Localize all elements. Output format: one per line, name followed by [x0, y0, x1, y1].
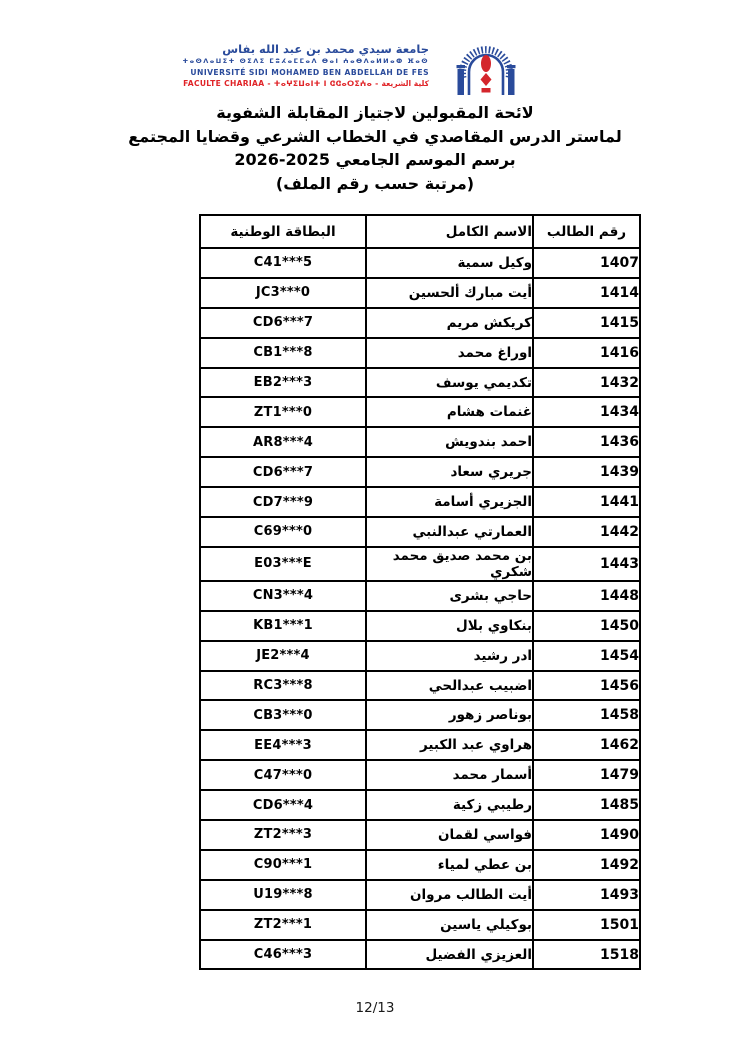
student-number-cell: 1479 [533, 760, 640, 790]
university-name-french: UNIVERSITÉ SIDI MOHAMED BEN ABDELLAH DE … [182, 67, 429, 78]
university-name-arabic: جامعة سيدي محمد بن عبد الله بفاس [182, 42, 429, 56]
student-number-cell: 1518 [533, 940, 640, 970]
student-number-cell: 1434 [533, 397, 640, 427]
student-number-cell: 1432 [533, 368, 640, 398]
student-name-cell: بوكيلي ياسين [366, 910, 533, 940]
national-id-cell: C41***5 [200, 248, 366, 278]
table-header: البطاقة الوطنية الاسم الكامل رقم الطالب [200, 215, 640, 248]
table-row: CD6***7 كريكش مريم 1415 [200, 308, 640, 338]
table-row: C69***0 العمارتي عبدالنبي 1442 [200, 517, 640, 547]
student-number-cell: 1441 [533, 487, 640, 517]
title-line-3-years: 2026-2025 [234, 150, 330, 169]
table-row: EE4***3 هراوي عبد الكبير 1462 [200, 730, 640, 760]
table-row: CD7***9 الجزيري أسامة 1441 [200, 487, 640, 517]
student-name-cell: أيت مبارك ألحسين [366, 278, 533, 308]
student-name-cell: حاجي بشرى [366, 581, 533, 611]
student-name-cell: فواسي لقمان [366, 820, 533, 850]
student-name-cell: جريري سعاد [366, 457, 533, 487]
national-id-cell: CB1***8 [200, 338, 366, 368]
national-id-cell: JE2***4 [200, 641, 366, 671]
national-id-cell: ZT1***0 [200, 397, 366, 427]
student-name-cell: رطيبي زكية [366, 790, 533, 820]
national-id-cell: KB1***1 [200, 611, 366, 641]
student-name-cell: بنكاوي بلال [366, 611, 533, 641]
table-row: C90***1 بن عطي لمياء 1492 [200, 850, 640, 880]
table-row: C41***5 وكيل سمية 1407 [200, 248, 640, 278]
national-id-cell: JC3***0 [200, 278, 366, 308]
national-id-cell: AR8***4 [200, 427, 366, 457]
student-number-cell: 1456 [533, 671, 640, 701]
title-line-3: برسم الموسم الجامعي 2026-2025 [0, 148, 750, 172]
letterhead-text-block: جامعة سيدي محمد بن عبد الله بفاس ⵜⴰⵙⴷⴰⵡⵉ… [182, 42, 429, 89]
student-number-cell: 1414 [533, 278, 640, 308]
national-id-cell: C46***3 [200, 940, 366, 970]
header-full-name: الاسم الكامل [366, 215, 533, 248]
student-name-cell: بوناصر زهور [366, 700, 533, 730]
university-name-tifinagh: ⵜⴰⵙⴷⴰⵡⵉⵜ ⵙⵉⴷⵉ ⵎⵓⵃⴰⵎⵎⴰⴷ ⴱⴰⵏ ⵄⴰⴱⴷⴰⵍⵍⴰⵀ ⴼⴰⵙ [182, 56, 429, 67]
table-row: ZT1***0 غنمات هشام 1434 [200, 397, 640, 427]
student-name-cell: اوراغ محمد [366, 338, 533, 368]
student-number-cell: 1448 [533, 581, 640, 611]
table-row: CB3***0 بوناصر زهور 1458 [200, 700, 640, 730]
student-name-cell: بن عطي لمياء [366, 850, 533, 880]
national-id-cell: E03***E [200, 547, 366, 581]
national-id-cell: C47***0 [200, 760, 366, 790]
student-number-cell: 1439 [533, 457, 640, 487]
student-name-cell: بن محمد صديق محمد شكري [366, 547, 533, 581]
student-name-cell: العمارتي عبدالنبي [366, 517, 533, 547]
national-id-cell: CD7***9 [200, 487, 366, 517]
header-national-id: البطاقة الوطنية [200, 215, 366, 248]
student-number-cell: 1490 [533, 820, 640, 850]
student-name-cell: اضبيب عبدالحي [366, 671, 533, 701]
national-id-cell: C90***1 [200, 850, 366, 880]
header-student-number: رقم الطالب [533, 215, 640, 248]
student-name-cell: احمد بندويش [366, 427, 533, 457]
national-id-cell: RC3***8 [200, 671, 366, 701]
student-name-cell: وكيل سمية [366, 248, 533, 278]
table-row: E03***E بن محمد صديق محمد شكري 1443 [200, 547, 640, 581]
student-number-cell: 1458 [533, 700, 640, 730]
document-title: لائحة المقبولين لاجتياز المقابلة الشفوية… [0, 101, 750, 195]
student-number-cell: 1450 [533, 611, 640, 641]
faculty-name-line: FACULTE CHARIAA - ⵜⴰⵖⵉⵡⴰⵏⵜ ⵏ ⵛⵛⴰⵔⵉⵄⴰ - ك… [182, 78, 429, 89]
table-row: CD6***7 جريري سعاد 1439 [200, 457, 640, 487]
table-header-row: البطاقة الوطنية الاسم الكامل رقم الطالب [200, 215, 640, 248]
national-id-cell: CD6***4 [200, 790, 366, 820]
table-row: RC3***8 اضبيب عبدالحي 1456 [200, 671, 640, 701]
national-id-cell: ZT2***3 [200, 820, 366, 850]
table-row: CD6***4 رطيبي زكية 1485 [200, 790, 640, 820]
national-id-cell: CD6***7 [200, 457, 366, 487]
national-id-cell: ZT2***1 [200, 910, 366, 940]
national-id-cell: CB3***0 [200, 700, 366, 730]
document-page: جامعة سيدي محمد بن عبد الله بفاس ⵜⴰⵙⴷⴰⵡⵉ… [0, 0, 750, 1061]
national-id-cell: C69***0 [200, 517, 366, 547]
student-number-cell: 1436 [533, 427, 640, 457]
student-number-cell: 1485 [533, 790, 640, 820]
student-number-cell: 1501 [533, 910, 640, 940]
student-number-cell: 1415 [533, 308, 640, 338]
university-letterhead: جامعة سيدي محمد بن عبد الله بفاس ⵜⴰⵙⴷⴰⵡⵉ… [182, 36, 517, 98]
table-row: CN3***4 حاجي بشرى 1448 [200, 581, 640, 611]
student-name-cell: أيت الطالب مروان [366, 880, 533, 910]
candidates-table: البطاقة الوطنية الاسم الكامل رقم الطالب … [199, 214, 641, 970]
student-name-cell: غنمات هشام [366, 397, 533, 427]
table-row: JC3***0 أيت مبارك ألحسين 1414 [200, 278, 640, 308]
student-number-cell: 1443 [533, 547, 640, 581]
table-row: C46***3 العزيزي الفضيل 1518 [200, 940, 640, 970]
table-row: CB1***8 اوراغ محمد 1416 [200, 338, 640, 368]
student-number-cell: 1492 [533, 850, 640, 880]
student-name-cell: العزيزي الفضيل [366, 940, 533, 970]
student-number-cell: 1442 [533, 517, 640, 547]
national-id-cell: U19***8 [200, 880, 366, 910]
student-name-cell: ادر رشيد [366, 641, 533, 671]
title-line-4: (مرتبة حسب رقم الملف) [0, 172, 750, 196]
title-line-2: لماستر الدرس المقاصدي في الخطاب الشرعي و… [0, 125, 750, 149]
student-number-cell: 1462 [533, 730, 640, 760]
table-body: C41***5 وكيل سمية 1407 JC3***0 أيت مبارك… [200, 248, 640, 969]
table-row: EB2***3 تكديمي يوسف 1432 [200, 368, 640, 398]
national-id-cell: CD6***7 [200, 308, 366, 338]
title-line-3-text: برسم الموسم الجامعي [336, 150, 516, 169]
national-id-cell: CN3***4 [200, 581, 366, 611]
student-name-cell: تكديمي يوسف [366, 368, 533, 398]
student-number-cell: 1416 [533, 338, 640, 368]
table-row: C47***0 أسمار محمد 1479 [200, 760, 640, 790]
student-name-cell: أسمار محمد [366, 760, 533, 790]
student-name-cell: الجزيري أسامة [366, 487, 533, 517]
table-row: U19***8 أيت الطالب مروان 1493 [200, 880, 640, 910]
student-number-cell: 1407 [533, 248, 640, 278]
table-row: AR8***4 احمد بندويش 1436 [200, 427, 640, 457]
table-row: JE2***4 ادر رشيد 1454 [200, 641, 640, 671]
national-id-cell: EE4***3 [200, 730, 366, 760]
student-name-cell: كريكش مريم [366, 308, 533, 338]
table-row: KB1***1 بنكاوي بلال 1450 [200, 611, 640, 641]
national-id-cell: EB2***3 [200, 368, 366, 398]
student-name-cell: هراوي عبد الكبير [366, 730, 533, 760]
student-number-cell: 1454 [533, 641, 640, 671]
page-number: 12/13 [0, 1000, 750, 1016]
student-number-cell: 1493 [533, 880, 640, 910]
university-logo-icon [455, 36, 517, 98]
table-row: ZT2***1 بوكيلي ياسين 1501 [200, 910, 640, 940]
table-row: ZT2***3 فواسي لقمان 1490 [200, 820, 640, 850]
title-line-1: لائحة المقبولين لاجتياز المقابلة الشفوية [0, 101, 750, 125]
